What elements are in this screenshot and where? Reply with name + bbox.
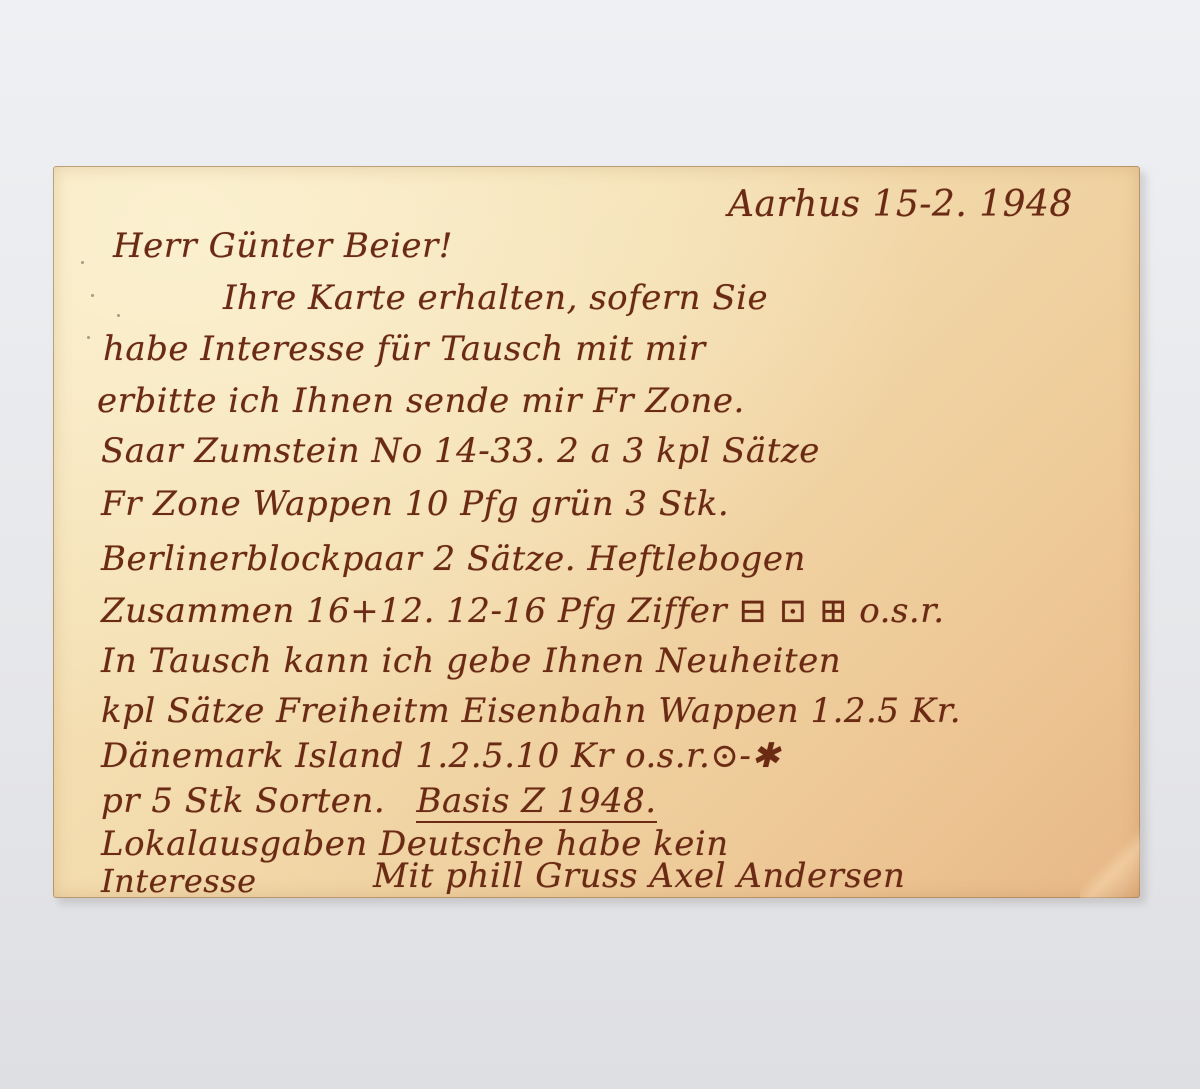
basis-note: Basis Z 1948. — [416, 781, 656, 823]
text-line-13: Interesse — [101, 862, 257, 898]
place-date: Aarhus 15-2. 1948 — [728, 184, 1073, 225]
text-line-3: erbitte ich Ihnen sende mir Fr Zone. — [97, 381, 745, 421]
ink-speck — [81, 261, 84, 264]
text-line-8: In Tausch kann ich gebe Ihnen Neuheiten — [101, 641, 841, 681]
text-line-7: Zusammen 16+12. 12-16 Pfg Ziffer ⊟ ⊡ ⊞ o… — [101, 591, 945, 631]
text-line-2: habe Interesse für Tausch mit mir — [103, 329, 706, 369]
text-line-1: Ihre Karte erhalten, sofern Sie — [223, 278, 768, 318]
text-line-10: Dänemark Island 1.2.5.10 Kr o.s.r.⊙-✱ — [101, 736, 780, 776]
text-line-5: Fr Zone Wappen 10 Pfg grün 3 Stk. — [101, 484, 729, 524]
text-line-4: Saar Zumstein No 14-33. 2 a 3 kpl Sätze — [101, 431, 820, 471]
text-line-9: kpl Sätze Freiheitm Eisenbahn Wappen 1.2… — [101, 691, 961, 731]
closing-signature: Mit phill Gruss Axel Andersen — [373, 856, 905, 896]
sorts-text: pr 5 Stk Sorten. — [101, 781, 385, 821]
text-line-11: pr 5 Stk Sorten. Basis Z 1948. — [101, 781, 657, 821]
ink-speck — [87, 336, 90, 339]
corner-crease — [1080, 828, 1140, 898]
ink-speck — [91, 294, 94, 297]
postcard: Aarhus 15-2. 1948 Herr Günter Beier! Ihr… — [53, 166, 1140, 898]
ink-speck — [117, 314, 120, 317]
salutation: Herr Günter Beier! — [113, 226, 453, 266]
text-line-6: Berlinerblockpaar 2 Sätze. Heftlebogen — [101, 539, 806, 579]
